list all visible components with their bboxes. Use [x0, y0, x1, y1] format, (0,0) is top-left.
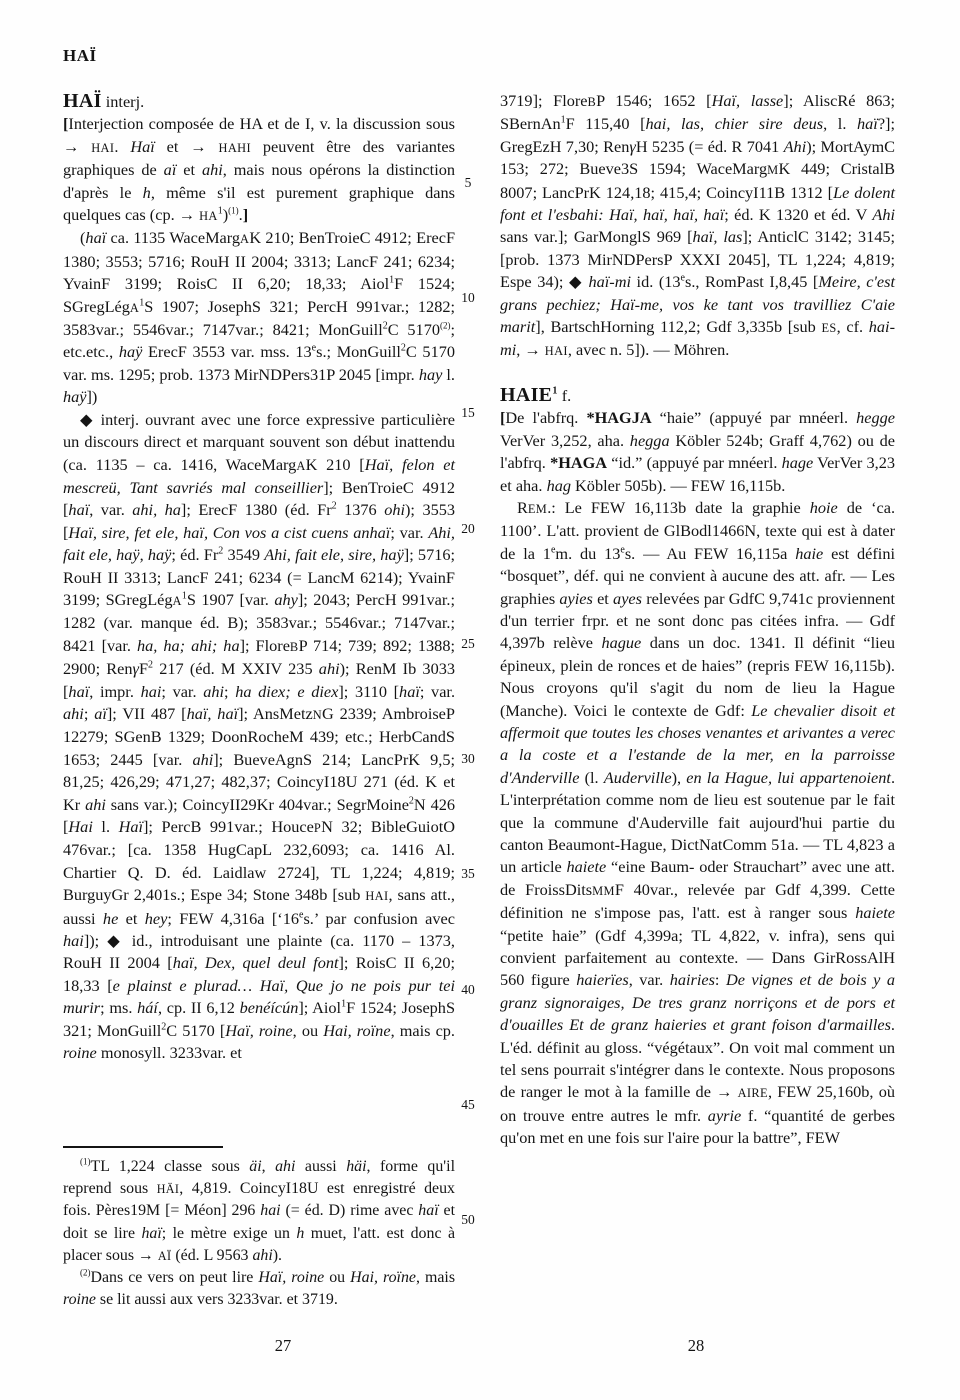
- column-line-number: 45: [455, 1094, 481, 1116]
- footnote-separator: [63, 1146, 223, 1148]
- headword-hai: HAÏ: [63, 90, 102, 112]
- attestations-hai: (haï ca. 1135 WaceMargAK 210; BenTroieC …: [63, 227, 455, 408]
- column-line-number: 25: [455, 633, 481, 655]
- left-column: HAÏ interj. [Interjection composée de HA…: [63, 90, 455, 1064]
- pos-label-hai: interj.: [106, 92, 144, 111]
- column-line-number: 5: [455, 172, 481, 194]
- column-line-number: 40: [455, 979, 481, 1001]
- footnote-2: (2)Dans ce vers on peut lire Haï, roine …: [63, 1267, 455, 1311]
- column-line-number: 30: [455, 748, 481, 770]
- page-number-right: 28: [646, 1336, 746, 1356]
- column-line-number: 50: [455, 1209, 481, 1231]
- remark-haie: REM.: Le FEW 16,113b date la graphie hoi…: [500, 497, 895, 1150]
- headword-haie: HAIE1: [500, 384, 558, 406]
- dictionary-page: HAÏ HAÏ interj. [Interjection composée d…: [0, 0, 960, 1400]
- footnotes-block: (1)TL 1,224 classe sous äi, ahi aussi hä…: [63, 1146, 455, 1311]
- footnote-1: (1)TL 1,224 classe sous äi, ahi aussi hä…: [63, 1156, 455, 1267]
- column-line-number: 15: [455, 402, 481, 424]
- entry-headline-hai: HAÏ interj.: [63, 90, 455, 113]
- right-column: 3719]; FloreBP 1546; 1652 [Haï, lasse]; …: [500, 90, 895, 1150]
- column-line-number: 20: [455, 518, 481, 540]
- running-head: HAÏ: [63, 46, 97, 66]
- column-line-number: 35: [455, 863, 481, 885]
- entry-headline-haie: HAIE1 f.: [500, 384, 895, 407]
- page-number-left: 27: [233, 1336, 333, 1356]
- etymology-haie: [De l'abfrq. *HAGJA “haie” (appuyé par m…: [500, 407, 895, 497]
- sense-hai-right-part: 3719]; FloreBP 1546; 1652 [Haï, lasse]; …: [500, 90, 895, 363]
- etymology-hai: [Interjection composée de HA et de I, v.…: [63, 113, 455, 227]
- pos-label-haie: f.: [562, 386, 572, 405]
- sense-hai-left-part: ◆ interj. ouvrant avec une force express…: [63, 409, 455, 1065]
- column-line-number: 10: [455, 287, 481, 309]
